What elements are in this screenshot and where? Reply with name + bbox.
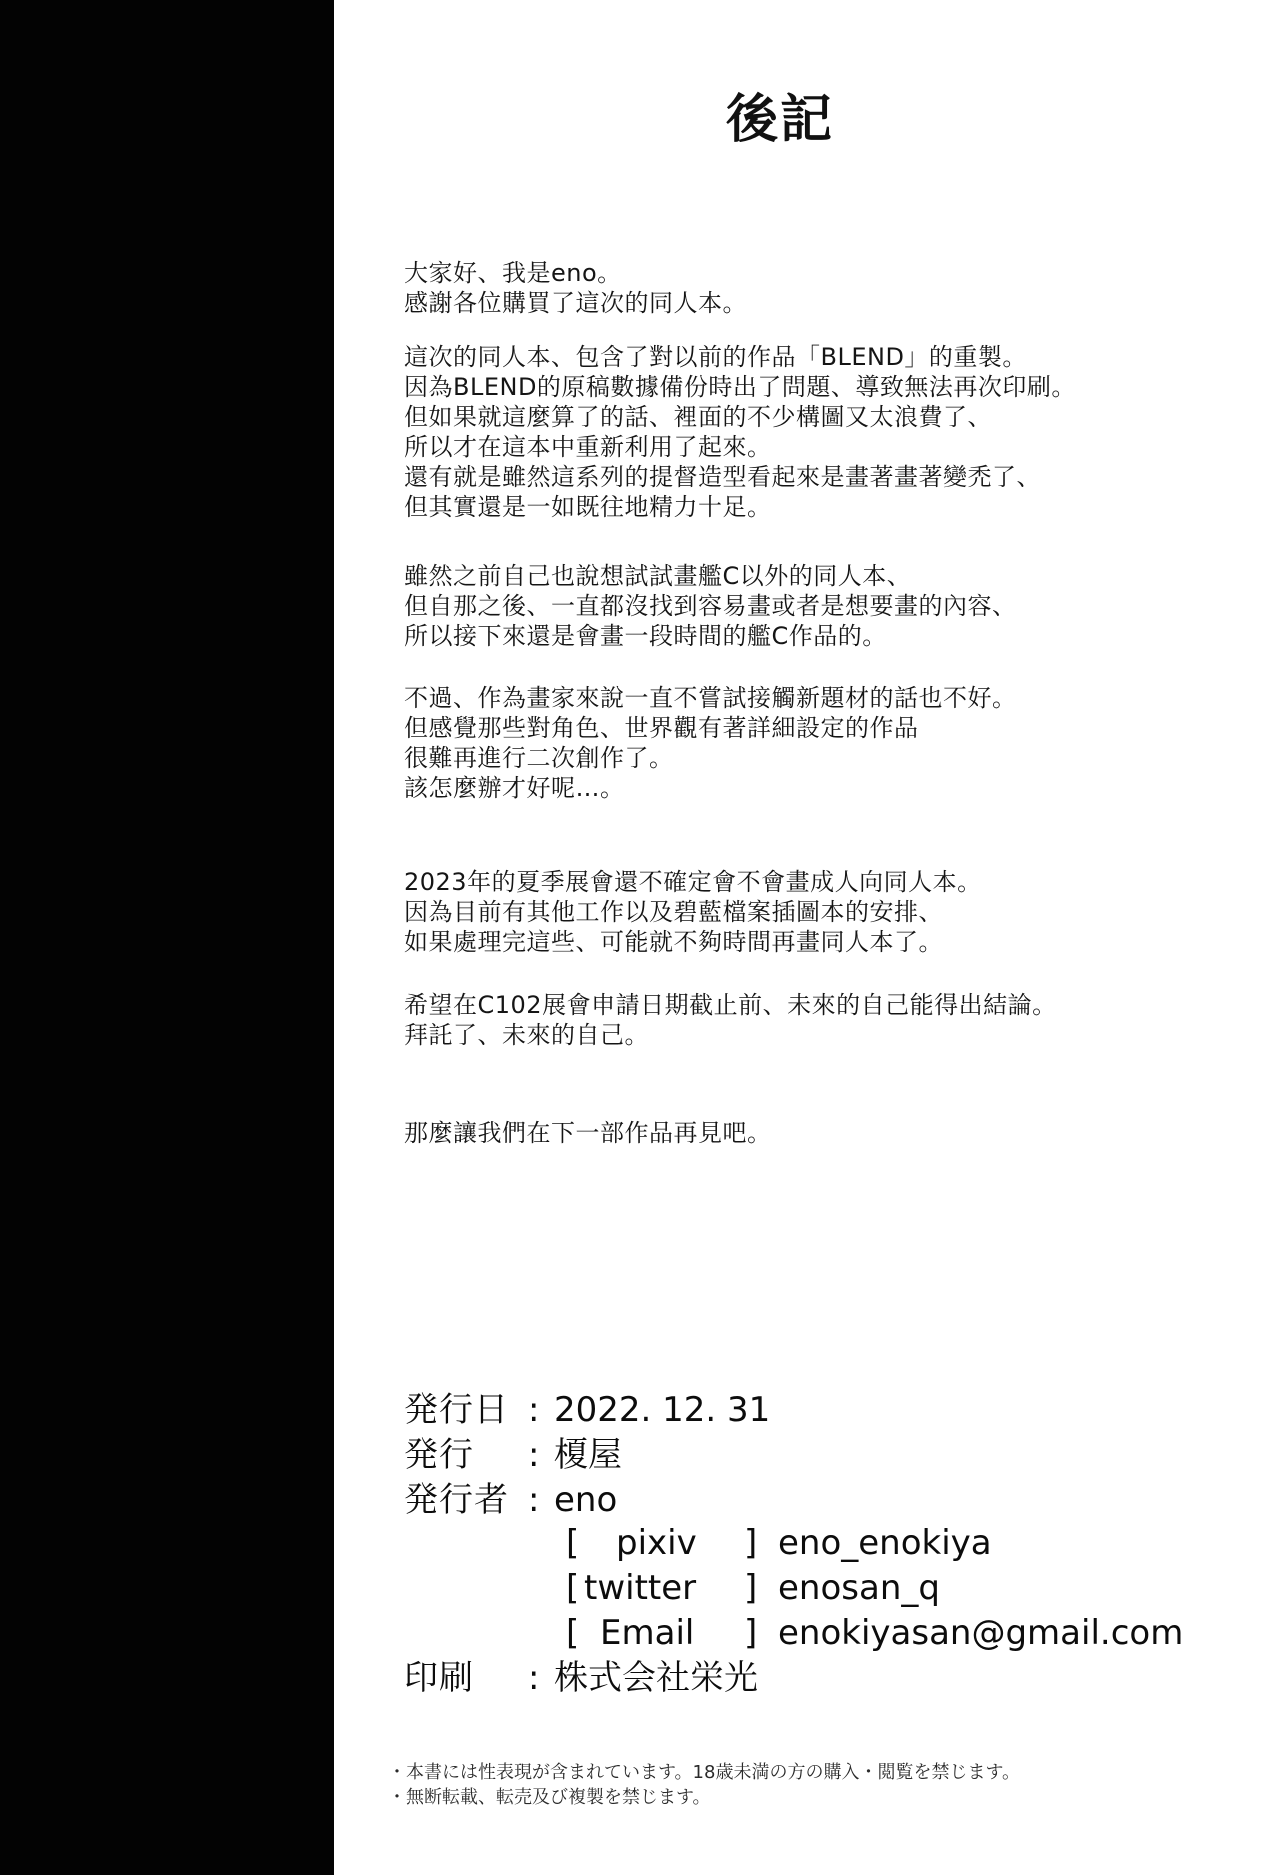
publisher-label: 発行 <box>404 1433 524 1477</box>
author-label: 発行者 <box>404 1478 524 1522</box>
text-line: 雖然之前自己也說想試試畫艦C以外的同人本、 <box>404 561 1017 591</box>
text-line: 那麼讓我們在下一部作品再見吧。 <box>404 1118 772 1148</box>
bracket-close: ] <box>744 1611 757 1655</box>
colon: : <box>528 1656 539 1700</box>
paragraph-greeting: 大家好、我是eno。 感謝各位購買了這次的同人本。 <box>404 258 747 318</box>
pixiv-handle[interactable]: eno_enokiya <box>778 1521 992 1565</box>
contact-service-label: pixiv <box>616 1521 697 1565</box>
printer-label: 印刷 <box>404 1656 524 1700</box>
paragraph-kancolle-plans: 雖然之前自己也說想試試畫艦C以外的同人本、 但自那之後、一直都沒找到容易畫或者是… <box>404 561 1017 651</box>
text-line: 但自那之後、一直都沒找到容易畫或者是想要畫的內容、 <box>404 591 1017 621</box>
bracket-open: [ <box>566 1521 579 1565</box>
text-line: 很難再進行二次創作了。 <box>404 743 1017 773</box>
bracket-close: ] <box>744 1521 757 1565</box>
text-line: 因為目前有其他工作以及碧藍檔案插圖本的安排、 <box>404 897 982 927</box>
twitter-handle[interactable]: enosan_q <box>778 1566 940 1610</box>
text-line: 所以接下來還是會畫一段時間的艦C作品的。 <box>404 621 1017 651</box>
bracket-open: [ <box>566 1611 579 1655</box>
publish-date-value: 2022. 12. 31 <box>554 1388 770 1432</box>
colon: : <box>528 1433 539 1477</box>
text-line: 但感覺那些對角色、世界觀有著詳細設定的作品 <box>404 713 1017 743</box>
legal-notes: ・本書には性表現が含まれています。18歳未満の方の購入・閲覧を禁じます。 ・無断… <box>388 1760 1268 1810</box>
bracket-open: [ <box>566 1566 579 1610</box>
text-line: 拜託了、未來的自己。 <box>404 1020 1057 1050</box>
page-title: 後記 <box>334 88 1226 152</box>
publisher-value: 榎屋 <box>554 1433 622 1477</box>
no-reproduction-note: ・無断転載、転売及び複製を禁じます。 <box>388 1785 1268 1810</box>
text-line: 但如果就這麼算了的話、裡面的不少構圖又太浪費了、 <box>404 402 1076 432</box>
colon: : <box>528 1478 539 1522</box>
text-line: 還有就是雖然這系列的提督造型看起來是畫著畫著變禿了、 <box>404 462 1076 492</box>
text-line: 如果處理完這些、可能就不夠時間再畫同人本了。 <box>404 927 982 957</box>
text-line: 因為BLEND的原稿數據備份時出了問題、導致無法再次印刷。 <box>404 372 1076 402</box>
author-value: eno <box>554 1478 617 1522</box>
contact-service-label: twitter <box>584 1566 696 1610</box>
paragraph-farewell: 那麼讓我們在下一部作品再見吧。 <box>404 1118 772 1148</box>
bracket-close: ] <box>744 1566 757 1610</box>
paragraph-c102: 希望在C102展會申請日期截止前、未來的自己能得出結論。 拜託了、未來的自己。 <box>404 990 1057 1050</box>
text-line: 感謝各位購買了這次的同人本。 <box>404 288 747 318</box>
publish-date-label: 発行日 <box>404 1388 524 1432</box>
age-restriction-note: ・本書には性表現が含まれています。18歳未満の方の購入・閲覧を禁じます。 <box>388 1760 1268 1785</box>
text-line: 該怎麼辦才好呢…。 <box>404 773 1017 803</box>
text-line: 所以才在這本中重新利用了起來。 <box>404 432 1076 462</box>
text-line: 不過、作為畫家來說一直不嘗試接觸新題材的話也不好。 <box>404 683 1017 713</box>
paragraph-new-subjects: 不過、作為畫家來說一直不嘗試接觸新題材的話也不好。 但感覺那些對角色、世界觀有著… <box>404 683 1017 803</box>
text-line: 2023年的夏季展會還不確定會不會畫成人向同人本。 <box>404 867 982 897</box>
text-line: 大家好、我是eno。 <box>404 258 747 288</box>
text-line: 但其實還是一如既往地精力十足。 <box>404 492 1076 522</box>
email-address[interactable]: enokiyasan@gmail.com <box>778 1611 1183 1655</box>
printer-value: 株式会社栄光 <box>554 1656 758 1700</box>
colon: : <box>528 1388 539 1432</box>
text-line: 希望在C102展會申請日期截止前、未來的自己能得出結論。 <box>404 990 1057 1020</box>
paragraph-blend-remake: 這次的同人本、包含了對以前的作品「BLEND」的重製。 因為BLEND的原稿數據… <box>404 342 1076 522</box>
paragraph-summer-2023: 2023年的夏季展會還不確定會不會畫成人向同人本。 因為目前有其他工作以及碧藍檔… <box>404 867 982 957</box>
contact-service-label: Email <box>600 1611 694 1655</box>
black-spine-margin <box>0 0 334 1875</box>
afterword-page: 後記 大家好、我是eno。 感謝各位購買了這次的同人本。 這次的同人本、包含了對… <box>334 0 1280 1875</box>
text-line: 這次的同人本、包含了對以前的作品「BLEND」的重製。 <box>404 342 1076 372</box>
